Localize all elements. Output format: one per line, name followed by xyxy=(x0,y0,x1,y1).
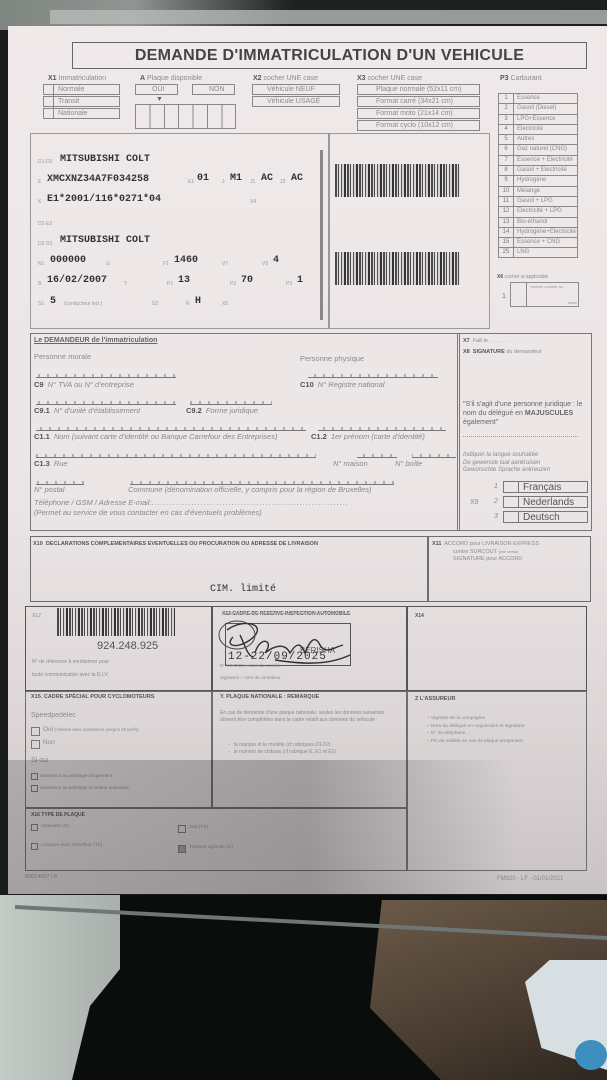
fuel-option[interactable]: 5Autres xyxy=(498,134,578,144)
x2-option-usage[interactable]: Véhicule USAGÉ xyxy=(252,96,340,107)
language-checkbox-divider xyxy=(518,482,519,492)
x15-opt1-label: assistance au pédalage uniquement xyxy=(40,773,112,778)
c92-label: C9.2Forme juridique xyxy=(186,406,258,415)
x3-label: X3 cocher UNE case xyxy=(357,75,422,82)
commune-label: Commune (dénomination officielle, y comp… xyxy=(128,485,371,494)
x10-value: CIM. limité xyxy=(210,584,276,595)
field-f1: 1460 xyxy=(174,255,198,266)
language-number: 2 xyxy=(494,498,498,505)
x16-taxi-label: Taxi (TX) xyxy=(189,825,208,830)
c91-input[interactable] xyxy=(36,401,176,405)
fuel-option[interactable]: 11Gasoil + LPG xyxy=(498,196,578,206)
x9-hints: Indiquer la langue souhaitéeDe gewenste … xyxy=(463,452,550,475)
n-boite-label: N° boîte xyxy=(395,459,422,468)
x6-inner-small: autre xyxy=(568,300,577,305)
label-d2-e2: D2-E2 xyxy=(38,221,52,227)
field-j: M1 xyxy=(230,173,242,184)
x1-label: X1 Immatriculation xyxy=(48,75,106,82)
x16-ordinaire-label: Ordinaire (O) xyxy=(41,824,69,829)
c92-input[interactable] xyxy=(190,401,272,405)
field-d1-d3: MITSUBISHI COLT xyxy=(60,154,150,165)
x16-ordinaire-checkbox[interactable] xyxy=(31,824,38,831)
c12-input[interactable] xyxy=(318,427,446,431)
label-r: R xyxy=(186,301,190,307)
plaque-non-checkbox[interactable]: NON xyxy=(192,84,235,95)
label-s2: S2 xyxy=(152,301,158,307)
barcode-bottom xyxy=(335,252,460,285)
fuel-label: Gasoil + LPG xyxy=(514,197,553,206)
si-oui-label: Si oui xyxy=(31,757,49,764)
language-checkbox-divider xyxy=(518,497,519,507)
z-item: – Vignette de la compagnie xyxy=(427,715,525,723)
x12-code: X12 xyxy=(32,613,41,619)
fuel-option[interactable]: 12Electricité + LPG xyxy=(498,206,578,216)
fuel-number: 12 xyxy=(499,207,514,216)
fuel-option[interactable]: 6Gaz naturel (CNG) xyxy=(498,144,578,154)
x15-label: X15. CADRE SPÉCIAL POUR CYCLOMOTEURS xyxy=(31,694,154,700)
label-d1-d3: D1-D3 xyxy=(38,159,52,165)
n-maison-input[interactable] xyxy=(357,454,397,458)
plate-number-boxes[interactable] xyxy=(135,104,236,129)
label-s1: S1 xyxy=(38,301,44,307)
form-serial: 00014907 / 8 xyxy=(25,874,57,880)
fuel-number: 2 xyxy=(499,104,514,113)
x10-label: X10 DECLARATIONS COMPLEMENTAIRES EVENTUE… xyxy=(33,541,318,547)
y-items: - la marque et le modèle (cf rubriques D… xyxy=(228,742,336,756)
background-object xyxy=(575,1040,607,1070)
x12-barcode xyxy=(57,608,175,636)
label-v7: V7 xyxy=(222,261,228,267)
controller-signature xyxy=(215,615,355,675)
p3-label: P3 Carburant xyxy=(500,75,542,82)
background-strip xyxy=(50,10,607,24)
fuel-number: 7 xyxy=(499,156,514,165)
z-label: Z L'ASSUREUR xyxy=(415,696,455,702)
x3-option-carre[interactable]: Format carré (34x21 cm) xyxy=(357,96,480,107)
fuel-number: 13 xyxy=(499,218,514,227)
fuel-number: 14 xyxy=(499,228,514,237)
x6-inner-label: réservé couleur ou xyxy=(530,284,563,289)
field-r: H xyxy=(195,296,201,307)
fuel-option[interactable]: 7Essence + Electricité xyxy=(498,155,578,165)
fuel-table: 1Essence2Gasoil (Diesel)3LPG+Essence4Ele… xyxy=(498,93,578,258)
field-k: E1*2001/116*0271*04 xyxy=(47,194,161,205)
fuel-option[interactable]: 15Essence + CNG xyxy=(498,237,578,247)
x12-note: N° de référence à mentionner pourtoute c… xyxy=(32,656,109,682)
arrow-down-icon: ▼ xyxy=(156,96,163,103)
c11-input[interactable] xyxy=(36,427,306,431)
x1-option-normale[interactable]: Normale xyxy=(43,84,120,95)
c91-label: C9.1N° d'unité d'établissement xyxy=(34,406,140,415)
barcode-top xyxy=(335,164,460,197)
label-k: K xyxy=(38,199,41,205)
label-d2-d3: D2 D3 xyxy=(38,241,52,247)
x14-box xyxy=(407,606,587,691)
n-boite-input[interactable] xyxy=(412,454,456,458)
language-label: Nederlands xyxy=(523,497,574,508)
fuel-number: 5 xyxy=(499,135,514,144)
c10-label: C10N° Registre national xyxy=(300,380,385,389)
label-g: G xyxy=(106,261,110,267)
x12-reference: 924.248.925 xyxy=(97,640,158,652)
x8-signature-line[interactable] xyxy=(463,436,578,437)
x9-code: X9 xyxy=(470,499,479,506)
field-e-vin: XMCXNZ34A7F034258 xyxy=(47,174,149,185)
x2-label: X2 cocher UNE case xyxy=(253,75,318,82)
label-n1: N1 xyxy=(38,261,44,267)
fuel-label: LPG+Essence xyxy=(514,115,556,124)
label-e1: E1 xyxy=(188,179,194,185)
label-t: T xyxy=(124,281,127,287)
fuel-label: Bio-éthanol xyxy=(514,218,547,227)
z-item: – N° de téléphone xyxy=(427,730,525,738)
fuel-label: Essence + CNG xyxy=(514,238,560,247)
label-p2: P2 xyxy=(230,281,236,287)
fuel-option[interactable]: 1Essence xyxy=(498,93,578,103)
language-option[interactable]: Deutsch xyxy=(503,511,588,523)
x7-label[interactable]: X7 Fait le ............. xyxy=(463,338,509,344)
x15-non-label: Non xyxy=(43,739,55,746)
x3-option-normale[interactable]: Plaque normale (52x11 cm) xyxy=(357,84,480,95)
field-j1: AC xyxy=(261,173,273,184)
fuel-label: Gasoil + Electricité xyxy=(514,166,567,175)
fuel-label: Autres xyxy=(514,135,534,144)
fuel-number: 3 xyxy=(499,115,514,124)
z-item: – Nom du délégué en majuscules et signat… xyxy=(427,723,525,731)
n-postal-label: N° postal xyxy=(34,485,65,494)
x15-box xyxy=(25,691,212,808)
fuel-number: 6 xyxy=(499,145,514,154)
language-label: Deutsch xyxy=(523,512,560,523)
label-f1: F1 xyxy=(163,261,169,267)
label-v9: V9 xyxy=(262,261,268,267)
n-maison-label: N° maison xyxy=(333,459,368,468)
fuel-label: Hydrogène+Electricité xyxy=(514,228,576,237)
barcode-box xyxy=(328,133,490,329)
field-p1: 13 xyxy=(178,275,190,286)
fuel-option[interactable]: 8Gasoil + Electricité xyxy=(498,165,578,175)
x15-opt1-checkbox[interactable] xyxy=(31,773,38,780)
fuel-option[interactable]: 2Gasoil (Diesel) xyxy=(498,103,578,113)
form-title: DEMANDE D'IMMATRICULATION D'UN VEHICULE xyxy=(72,42,587,69)
plaque-a-label: A Plaque disponible xyxy=(140,75,202,82)
field-s1: 5 xyxy=(50,296,56,307)
fuel-number: 25 xyxy=(499,248,514,256)
c11-label: C1.1Nom (suivant carte d'identité ou Ban… xyxy=(34,432,277,441)
language-number: 1 xyxy=(494,483,498,490)
label-e: E xyxy=(38,179,41,185)
x15-oui-label: Oui (Vitesse avec assistance jusqu'à 45 … xyxy=(43,726,139,733)
fuel-label: LNG xyxy=(514,248,529,256)
language-option[interactable]: Français xyxy=(503,481,588,493)
demandeur-title: Le DEMANDEUR de l'immatriculation xyxy=(34,337,157,344)
c9-label: C9N° TVA ou N° d'entreprise xyxy=(34,380,134,389)
x15-opt2-checkbox[interactable] xyxy=(31,785,38,792)
field-e1: 01 xyxy=(197,173,209,184)
x16-tracteur-checkbox[interactable] xyxy=(178,845,186,853)
plaque-oui-checkbox[interactable]: OUI xyxy=(135,84,178,95)
c9-input[interactable] xyxy=(36,374,176,378)
fuel-label: Mélange xyxy=(514,187,540,196)
x6-number: 1 xyxy=(502,293,506,300)
fuel-label: Essence xyxy=(514,94,540,103)
speedpedelec-label: Speedpedelec xyxy=(31,712,76,719)
fuel-label: Essence + Electricité xyxy=(514,156,573,165)
label-x4: X4 xyxy=(250,199,256,205)
fuel-option[interactable]: 10Mélange xyxy=(498,186,578,196)
label-b: B xyxy=(38,281,41,287)
x1-option-transit[interactable]: Transit xyxy=(43,96,120,107)
personne-morale-label: Personne morale xyxy=(34,352,91,361)
x1-divider xyxy=(53,84,54,119)
fuel-number: 8 xyxy=(499,166,514,175)
x3-option-cyclo[interactable]: Format cyclo (10x12 cm) xyxy=(357,120,480,131)
c13-input[interactable] xyxy=(36,454,316,458)
fuel-number: 11 xyxy=(499,197,514,206)
fuel-option[interactable]: 9Hydrogène xyxy=(498,175,578,185)
fuel-number: 4 xyxy=(499,125,514,134)
fuel-option[interactable]: 25LNG xyxy=(498,247,578,257)
language-label: Français xyxy=(523,482,561,493)
field-v9: 4 xyxy=(273,255,279,266)
x14-label: X14 xyxy=(415,613,424,619)
field-p2: 70 xyxy=(241,275,253,286)
fuel-number: 15 xyxy=(499,238,514,247)
x16-label: X16 TYPE DE PLAQUE xyxy=(31,812,85,818)
field-b-date: 16/02/2007 xyxy=(47,275,107,286)
controller-signature-label: Signature + nom du contrôleur xyxy=(220,675,281,680)
language-option[interactable]: Nederlands xyxy=(503,496,588,508)
language-checkbox-divider xyxy=(518,512,519,522)
fuel-label: Gasoil (Diesel) xyxy=(514,104,556,113)
label-p3: P3 xyxy=(286,281,292,287)
label-j: J xyxy=(222,179,225,185)
vertical-rule xyxy=(320,150,323,320)
x15-opt2-label: assistance au pédalage et moteur autonom… xyxy=(40,785,129,790)
y-text: En cas de demande d'une plaque nationale… xyxy=(220,710,400,723)
form-version: FM820 - LF - 01/01/2021 xyxy=(497,876,563,882)
x16-taxi-checkbox[interactable] xyxy=(178,825,186,833)
c12-label: C1.21er prénom (carte d'identité) xyxy=(311,432,425,441)
fuel-number: 1 xyxy=(499,94,514,103)
telephone-label: Téléphone / GSM / Adresse E-mail:.......… xyxy=(34,498,349,507)
z-item: – Fin de validité en cas de plaque tempo… xyxy=(427,738,525,746)
fuel-label: Gaz naturel (CNG) xyxy=(514,145,567,154)
x16-location-checkbox[interactable] xyxy=(31,843,38,850)
personne-physique-label: Personne physique xyxy=(300,354,364,363)
fuel-number: 9 xyxy=(499,176,514,185)
fuel-number: 10 xyxy=(499,187,514,196)
label-p1: P1 xyxy=(167,281,173,287)
x3-option-moto[interactable]: Format moto (21x14 cm) xyxy=(357,108,480,119)
fuel-label: Electricité + LPG xyxy=(514,207,562,216)
x6-label: X6 cocher si applicable xyxy=(497,274,548,280)
field-n1: 000000 xyxy=(50,255,86,266)
language-number: 3 xyxy=(494,513,498,520)
label-j1: J1 xyxy=(250,179,255,185)
telephone-note: (Permet au service de vous contacter en … xyxy=(34,508,262,517)
field-j3: AC xyxy=(291,173,303,184)
z-items: – Vignette de la compagnie– Nom du délég… xyxy=(427,715,525,745)
x16-tracteur-label: Tracteur agricole (G) xyxy=(189,845,233,850)
field-d2: MITSUBISHI COLT xyxy=(60,235,150,246)
x6-divider xyxy=(526,282,527,307)
label-x5: X5 xyxy=(222,301,228,307)
y-label: Y. PLAQUE NATIONALE : REMARQUE xyxy=(220,694,319,700)
x8-note: "S'il s'agit d'une personne juridique : … xyxy=(463,400,587,427)
fuel-option[interactable]: 4Electricité xyxy=(498,124,578,134)
x8-label: X8 SIGNATURE du demandeur xyxy=(463,349,542,355)
x1-option-nationale[interactable]: Nationale xyxy=(43,108,120,119)
x11-text: X11 ACCORD pour LIVRAISON EXPRESS contre… xyxy=(432,541,539,563)
x15-non-checkbox[interactable] xyxy=(31,740,40,749)
fuel-option[interactable]: 3LPG+Essence xyxy=(498,114,578,124)
c10-input[interactable] xyxy=(308,374,438,378)
fuel-option[interactable]: 14Hydrogène+Electricité xyxy=(498,227,578,237)
label-s1-note: (conducteur incl.) xyxy=(64,301,102,307)
x15-oui-checkbox[interactable] xyxy=(31,727,40,736)
c13-label: C1.3Rue xyxy=(34,459,68,468)
field-p3: 1 xyxy=(297,275,303,286)
x2-option-neuf[interactable]: Véhicule NEUF xyxy=(252,84,340,95)
fuel-label: Hydrogène xyxy=(514,176,546,185)
fuel-label: Electricité xyxy=(514,125,543,134)
fuel-option[interactable]: 13Bio-éthanol xyxy=(498,217,578,227)
x16-location-label: Location avec chauffeur (TL) xyxy=(41,843,102,848)
label-j3: J3 xyxy=(280,179,285,185)
